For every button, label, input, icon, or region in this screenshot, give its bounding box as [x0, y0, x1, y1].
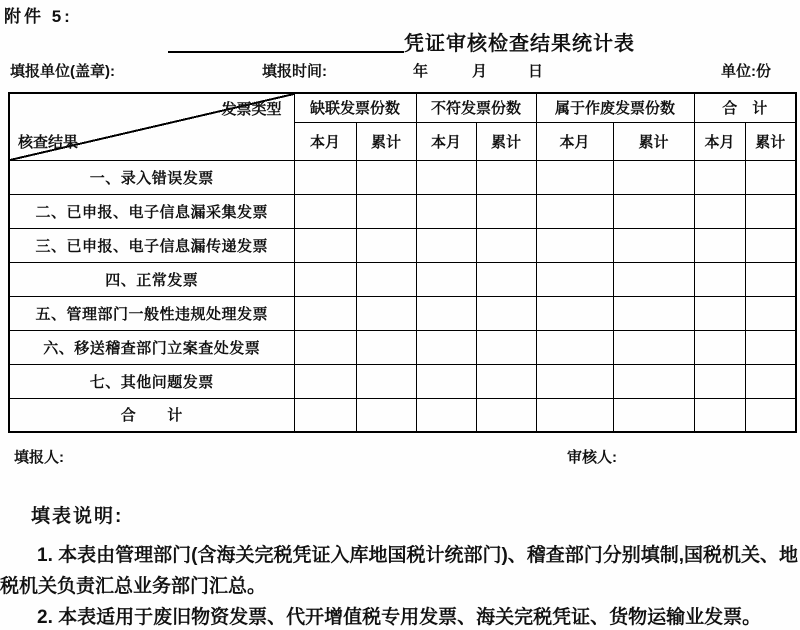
- data-cell: [694, 296, 745, 330]
- row-label: 六、移送稽查部门立案查处发票: [9, 330, 294, 364]
- data-cell: [745, 160, 796, 194]
- col-group-missing-copy: 缺联发票份数: [294, 93, 416, 122]
- data-cell: [745, 194, 796, 228]
- data-cell: [356, 296, 416, 330]
- data-cell: [613, 330, 694, 364]
- data-cell: [613, 194, 694, 228]
- title-blank-underline: [168, 28, 404, 53]
- note-item-1: 1. 本表由管理部门(含海关完税凭证入库地国税计统部门)、稽查部门分别填制,国税…: [0, 540, 800, 602]
- data-cell: [356, 160, 416, 194]
- table-row: 四、正常发票: [9, 262, 796, 296]
- row-label: 三、已申报、电子信息漏传递发票: [9, 228, 294, 262]
- data-cell: [294, 296, 356, 330]
- data-cell: [536, 228, 613, 262]
- subcol-cumulative: 累计: [613, 122, 694, 160]
- data-cell: [536, 194, 613, 228]
- row-label: 七、其他问题发票: [9, 364, 294, 398]
- form-title: 凭证审核检查结果统计表: [404, 27, 635, 56]
- data-cell: [416, 296, 476, 330]
- attachment-label: 附件 5:: [4, 2, 73, 27]
- notes-heading: 填表说明:: [31, 501, 123, 528]
- data-cell: [294, 228, 356, 262]
- subcol-cumulative: 累计: [476, 122, 536, 160]
- data-cell: [416, 330, 476, 364]
- table-row: 七、其他问题发票: [9, 364, 796, 398]
- data-cell: [476, 398, 536, 432]
- data-cell: [476, 330, 536, 364]
- row-label: 一、录入错误发票: [9, 160, 294, 194]
- data-cell: [294, 262, 356, 296]
- data-cell: [694, 364, 745, 398]
- corner-cell: 发票类型 核查结果: [9, 93, 294, 160]
- table-row: 三、已申报、电子信息漏传递发票: [9, 228, 796, 262]
- data-cell: [294, 194, 356, 228]
- data-cell: [416, 262, 476, 296]
- data-cell: [294, 330, 356, 364]
- data-cell: [416, 228, 476, 262]
- data-cell: [536, 364, 613, 398]
- data-cell: [745, 398, 796, 432]
- note-item-2: 2. 本表适用于废旧物资发票、代开增值税专用发票、海关完税凭证、货物运输业发票。: [0, 602, 800, 630]
- data-cell: [694, 330, 745, 364]
- data-cell: [536, 296, 613, 330]
- data-cell: [356, 398, 416, 432]
- data-cell: [745, 330, 796, 364]
- data-cell: [745, 262, 796, 296]
- data-cell: [356, 330, 416, 364]
- data-cell: [416, 160, 476, 194]
- preparer-label: 填报人:: [14, 446, 64, 467]
- data-cell: [536, 330, 613, 364]
- subcol-month: 本月: [694, 122, 745, 160]
- data-cell: [613, 228, 694, 262]
- header-group-row: 发票类型 核查结果 缺联发票份数 不符发票份数 属于作废发票份数 合 计: [9, 93, 796, 122]
- row-label: 二、已申报、电子信息漏采集发票: [9, 194, 294, 228]
- reviewer-label: 审核人:: [567, 446, 617, 467]
- data-cell: [745, 296, 796, 330]
- data-cell: [476, 194, 536, 228]
- day-label: 日: [528, 60, 543, 81]
- data-cell: [294, 160, 356, 194]
- table-row: 六、移送稽查部门立案查处发票: [9, 330, 796, 364]
- data-cell: [416, 364, 476, 398]
- row-label: 四、正常发票: [9, 262, 294, 296]
- data-cell: [694, 228, 745, 262]
- data-cell: [536, 160, 613, 194]
- data-cell: [694, 194, 745, 228]
- data-cell: [745, 228, 796, 262]
- table-row: 一、录入错误发票: [9, 160, 796, 194]
- month-label: 月: [472, 60, 487, 81]
- year-label: 年: [413, 60, 428, 81]
- col-group-voided: 属于作废发票份数: [536, 93, 694, 122]
- data-cell: [694, 398, 745, 432]
- data-cell: [694, 160, 745, 194]
- data-cell: [356, 228, 416, 262]
- stats-table: 发票类型 核查结果 缺联发票份数 不符发票份数 属于作废发票份数 合 计 本月 …: [8, 92, 797, 433]
- subcol-month: 本月: [294, 122, 356, 160]
- data-cell: [476, 228, 536, 262]
- table-row-total: 合 计: [9, 398, 796, 432]
- data-cell: [745, 364, 796, 398]
- data-cell: [476, 296, 536, 330]
- check-result-label: 核查结果: [18, 131, 78, 152]
- data-cell: [613, 296, 694, 330]
- row-label: 五、管理部门一般性违规处理发票: [9, 296, 294, 330]
- data-cell: [416, 194, 476, 228]
- col-group-nonconforming: 不符发票份数: [416, 93, 536, 122]
- data-cell: [416, 398, 476, 432]
- report-time-label: 填报时间:: [262, 60, 327, 81]
- data-cell: [613, 398, 694, 432]
- subcol-cumulative: 累计: [356, 122, 416, 160]
- invoice-type-label: 发票类型: [221, 98, 281, 119]
- col-group-total: 合 计: [694, 93, 796, 122]
- table-row: 五、管理部门一般性违规处理发票: [9, 296, 796, 330]
- data-cell: [613, 364, 694, 398]
- data-cell: [536, 262, 613, 296]
- data-cell: [294, 398, 356, 432]
- subcol-cumulative: 累计: [745, 122, 796, 160]
- data-cell: [476, 160, 536, 194]
- data-cell: [613, 262, 694, 296]
- measure-unit-label: 单位:份: [721, 60, 771, 81]
- data-cell: [613, 160, 694, 194]
- data-cell: [294, 364, 356, 398]
- data-cell: [694, 262, 745, 296]
- scanned-form-page: 附件 5: 凭证审核检查结果统计表 填报单位(盖章): 填报时间: 年 月 日 …: [0, 0, 800, 630]
- subcol-month: 本月: [536, 122, 613, 160]
- row-label-total: 合 计: [9, 398, 294, 432]
- data-cell: [476, 364, 536, 398]
- data-cell: [356, 364, 416, 398]
- report-unit-label: 填报单位(盖章):: [10, 60, 115, 81]
- table-row: 二、已申报、电子信息漏采集发票: [9, 194, 796, 228]
- data-cell: [476, 262, 536, 296]
- data-cell: [356, 194, 416, 228]
- data-cell: [356, 262, 416, 296]
- notes-section: 1. 本表由管理部门(含海关完税凭证入库地国税计统部门)、稽查部门分别填制,国税…: [0, 540, 800, 630]
- data-cell: [536, 398, 613, 432]
- subcol-month: 本月: [416, 122, 476, 160]
